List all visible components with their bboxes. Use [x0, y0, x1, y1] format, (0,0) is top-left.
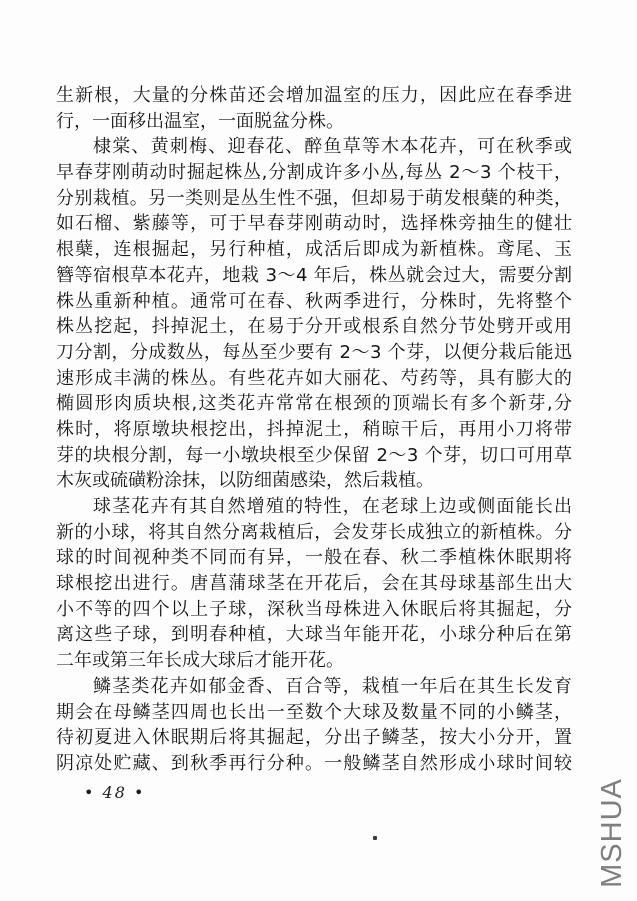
text-line: 阴凉处贮藏、到秋季再行分种。一般鳞茎自然形成小球时间较	[56, 751, 572, 777]
watermark-text: MSHUA	[597, 778, 627, 888]
text-line: 棣棠、黄刺梅、迎春花、醉鱼草等木本花卉，可在秋季或	[56, 134, 572, 160]
text-line: 株时，将原墩块根挖出，抖掉泥土，稍晾干后，再用小刀将带	[56, 417, 572, 443]
text-line: 生新根，大量的分株苗还会增加温室的压力，因此应在春季进	[56, 83, 572, 109]
text-line: 新的小球，将其自然分离栽植后，会发芽长成独立的新植株。分	[56, 520, 572, 546]
text-line: 簪等宿根草本花卉，地栽 3～4 年后，株丛就会过大，需要分割	[56, 263, 572, 289]
text-line: 球根挖出进行。唐菖蒲球茎在开花后，会在其母球基部生出大	[56, 571, 572, 597]
text-line: 椭圆形肉质块根,这类花卉常常在根颈的顶端长有多个新芽,分	[56, 391, 572, 417]
text-line: 球的时间视种类不同而有异，一般在春、秋二季植株休眠期将	[56, 545, 572, 571]
text-line: 行，一面移出温室，一面脱盆分株。	[56, 109, 572, 135]
text-line: 株丛挖起，抖掉泥土，在易于分开或根系自然分节处劈开或用	[56, 314, 572, 340]
text-line: 株丛重新种植。通常可在春、秋两季进行，分株时，先将整个	[56, 289, 572, 315]
text-line: 木灰或硫磺粉涂抹，以防细菌感染，然后栽植。	[56, 468, 572, 494]
text-line: 小不等的四个以上子球，深秋当母株进入休眠后将其掘起，分	[56, 597, 572, 623]
page-number: • 48 •	[84, 783, 145, 802]
book-page: 生新根，大量的分株苗还会增加温室的压力，因此应在春季进行，一面移出温室，一面脱盆…	[0, 0, 637, 901]
text-line: 离这些子球，到明春种植，大球当年能开花，小球分种后在第	[56, 622, 572, 648]
text-line: 根蘖，连根掘起，另行种植，成活后即成为新植株。鸢尾、玉	[56, 237, 572, 263]
text-line: 分别栽植。另一类则是丛生性不强，但却易于萌发根蘖的种类，	[56, 186, 572, 212]
text-line: 鳞茎类花卉如郁金香、百合等，栽植一年后在其生长发育	[56, 674, 572, 700]
text-line: 期会在母鳞茎四周也长出一至数个大球及数量不同的小鳞茎，	[56, 700, 572, 726]
text-line: 刀分割，分成数丛，每丛至少要有 2～3 个芽，以便分栽后能迅	[56, 340, 572, 366]
text-line: 待初夏进入休眠期后将其掘起，分出子鳞茎，按大小分开，置	[56, 725, 572, 751]
text-line: 二年或第三年长成大球后才能开花。	[56, 648, 572, 674]
text-line: 球茎花卉有其自然增殖的特性，在老球上边或侧面能长出	[56, 494, 572, 520]
body-text: 生新根，大量的分株苗还会增加温室的压力，因此应在春季进行，一面移出温室，一面脱盆…	[56, 83, 572, 777]
text-line: 芽的块根分割，每一小墩块根至少保留 2～3 个芽，切口可用草	[56, 443, 572, 469]
text-line: 早春芽刚萌动时掘起株丛,分割成许多小丛,每丛 2～3 个枝干，	[56, 160, 572, 186]
text-line: 速形成丰满的株丛。有些花卉如大丽花、芍药等，具有膨大的	[56, 366, 572, 392]
text-line: 如石榴、紫藤等，可于早春芽刚萌动时，选择株旁抽生的健壮	[56, 211, 572, 237]
scan-speck	[373, 836, 377, 840]
